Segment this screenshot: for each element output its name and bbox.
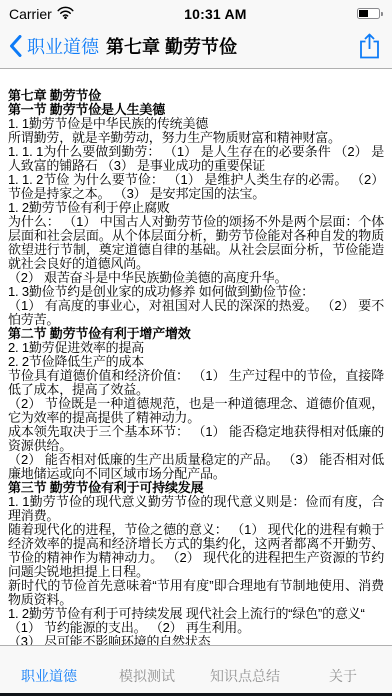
chevron-left-icon (9, 35, 22, 57)
paragraph: （1） 有高度的事业心，对祖国对人民的深深的热爱。 （2） 要不怕劳苦。 (8, 299, 384, 327)
paragraph: 随着现代化的进程，节俭之德的意义： （1） 现代化的进程有赖于经济效率的提高和经… (8, 523, 384, 579)
paragraph: 2. 2节俭降低生产的成本 (8, 355, 384, 369)
status-bar: Carrier 10:31 AM (0, 0, 392, 24)
battery-icon (357, 8, 380, 19)
header: Carrier 10:31 AM (0, 0, 392, 69)
status-left: Carrier (9, 6, 74, 22)
paragraph: 1. 1勤劳节俭的现代意义勤劳节俭的现代意义则是：俭而有度，合理消费。 (8, 495, 384, 523)
paragraph: 2. 1勤劳促进效率的提高 (8, 341, 384, 355)
page-title: 第七章 勤劳节俭 (106, 33, 356, 59)
paragraph: 1. 1勤劳节俭是中华民族的传统美德 (8, 117, 384, 131)
share-icon (358, 32, 381, 60)
app-screen: Carrier 10:31 AM (0, 0, 392, 696)
wifi-icon (57, 6, 74, 22)
paragraph: （2） 节俭既是一种道德规范，也是一种道德理念、道德价值观，它为效率的提高提供了… (8, 397, 384, 425)
content-area[interactable]: 第七章 勤劳节俭第一节 勤劳节俭是人生美德1. 1勤劳节俭是中华民族的传统美德所… (0, 69, 392, 645)
paragraph: （1） 节约能源的支出。 （2） 再生利用。 (8, 621, 384, 635)
paragraph: 为什么： （1） 中国古人对勤劳节俭的颂扬不外是两个层面：个体层面和社会层面。从… (8, 215, 384, 271)
paragraph: （2） 艰苦奋斗是中华民族勤俭美德的高度升华。 (8, 271, 384, 285)
section-heading: 第七章 勤劳节俭 (8, 89, 384, 103)
tab-knowledge-summary[interactable]: 知识点总结 (196, 666, 294, 686)
paragraph: （3） 尽可能不影响环境的自然状态 (8, 635, 384, 645)
section-heading: 第一节 勤劳节俭是人生美德 (8, 103, 384, 117)
back-label: 职业道德 (27, 33, 99, 59)
section-heading: 第三节 勤劳节俭有利于可持续发展 (8, 481, 384, 495)
back-button[interactable]: 职业道德 (9, 33, 99, 59)
section-heading: 第二节 勤劳节俭有利于增产增效 (8, 327, 384, 341)
battery-fill (359, 10, 368, 17)
status-right (357, 8, 383, 19)
paragraph: 节俭具有道德价值和经济价值： （1） 生产过程中的节俭，直接降低了成本，提高了效… (8, 369, 384, 397)
paragraph: 成本领先取决于三个基本环节： （1） 能否稳定地获得相对低廉的资源供给。 (8, 425, 384, 453)
paragraph: 所谓勤劳，就是辛勤劳动，努力生产物质财富和精神财富。 (8, 131, 384, 145)
paragraph: 1. 2勤劳节俭有利于停止腐败 (8, 201, 384, 215)
clock-label: 10:31 AM (74, 6, 357, 22)
paragraph: （2） 能否相对低廉的生产出质量稳定的产品。 （3） 能否相对低廉地储运或向不同… (8, 453, 384, 481)
share-button[interactable] (356, 30, 383, 62)
battery-nub (381, 12, 383, 16)
paragraph: 1. 1. 2节俭 为什么要节俭： （1） 是维护人类生存的必需。 （2） 节俭… (8, 173, 384, 201)
paragraph: 1. 3勤俭节约是创业家的成功修养 如何做到勤俭节俭： (8, 285, 384, 299)
paragraph: 1. 2勤劳节俭有利于可持续发展 现代社会上流行的“绿色”的意义“ (8, 607, 384, 621)
paragraph: 1. 1. 1为什么要做到勤劳： （1） 是人生存在的必要条件 （2） 是人致富… (8, 145, 384, 173)
tab-bar: 职业道德模拟测试知识点总结关于 (0, 645, 392, 693)
nav-bar: 职业道德 第七章 勤劳节俭 (0, 24, 392, 68)
carrier-label: Carrier (9, 6, 52, 22)
paragraph: 新时代的节俭首先意味着“节用有度”即合理地有节制地使用、消费物质资料。 (8, 579, 384, 607)
tab-professional-ethics[interactable]: 职业道德 (0, 666, 98, 686)
tab-mock-test[interactable]: 模拟测试 (98, 666, 196, 686)
tab-about[interactable]: 关于 (294, 666, 392, 686)
